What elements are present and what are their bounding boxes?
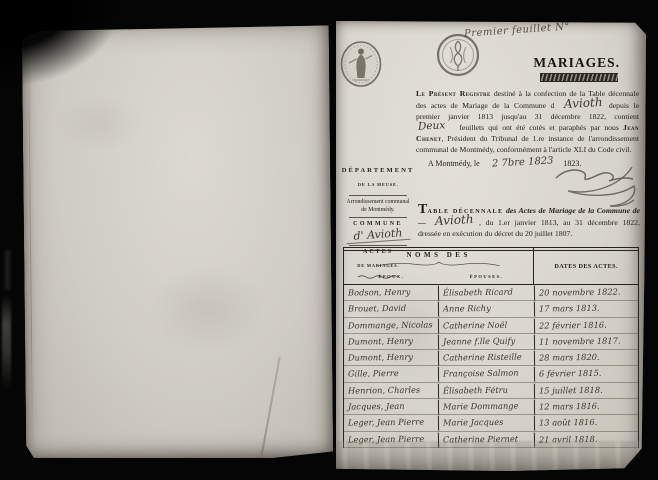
table-row: Henrion, Charles Élisabeth Fétru 15 juil… xyxy=(344,383,638,399)
subheader-row: ÉPOUX. ÉPOUSES. xyxy=(344,266,533,284)
preamble-text: feuillets qui ont été cotés et paraphés … xyxy=(459,123,623,132)
handwritten-commune-name: d' Avioth xyxy=(346,226,411,244)
column-header-epouses: ÉPOUSES. xyxy=(439,266,534,284)
arrondissement-label: Arrondissement communal xyxy=(340,199,416,207)
cell-date: 28 mars 1820. xyxy=(534,350,638,367)
column-header-label: ÉPOUSES. xyxy=(469,275,503,280)
book-edge-streak xyxy=(2,295,11,390)
rule-divider xyxy=(349,245,407,246)
official-stamp-monogram-icon xyxy=(435,32,481,80)
paper-stain xyxy=(147,264,268,355)
cell-epouse: Françoise Salmon xyxy=(438,366,534,382)
cell-epoux: Bodson, Henry xyxy=(344,284,439,300)
official-stamp-figure-icon xyxy=(339,40,383,88)
departement-label: DÉPARTEMENT xyxy=(340,167,416,174)
cell-epouse: Élisabeth Ricard xyxy=(438,284,534,300)
cell-date: 15 juillet 1818. xyxy=(534,382,638,399)
section-header: MARIAGES. xyxy=(533,55,620,71)
handwritten-commune-name: Avioth xyxy=(564,98,603,108)
cell-date: 17 mars 1813. xyxy=(534,301,638,318)
cell-epoux: Brouet, David xyxy=(344,301,439,317)
handwritten-sheet-count: Deux xyxy=(418,121,446,130)
left-page-blank xyxy=(22,25,334,460)
table-row: Bodson, Henry Élisabeth Ricard 20 novemb… xyxy=(344,285,638,301)
names-header-group: NOMS DES ÉPOUX. ÉPOUSES. xyxy=(344,248,533,284)
cell-epouse: Marie Jacques xyxy=(438,415,534,431)
table-body: Bodson, Henry Élisabeth Ricard 20 novemb… xyxy=(344,285,638,448)
cell-date: 13 août 1816. xyxy=(534,415,638,432)
ornament-band-icon xyxy=(540,73,618,82)
table-row: Dumont, Henry Jeanne f.lle Quify 11 nove… xyxy=(344,334,638,350)
cell-date: 12 mars 1816. xyxy=(534,398,638,415)
cell-epouse: Anne Richy xyxy=(438,301,534,317)
departement-sub-label: DE LA MEUSE. xyxy=(358,183,399,187)
paper-stain xyxy=(53,92,144,153)
table-row: Jacques, Jean Marie Dommange 12 mars 181… xyxy=(344,399,638,415)
paper-crease xyxy=(261,357,281,456)
cell-epoux: Jacques, Jean xyxy=(344,399,439,415)
table-row: Dommange, Nicolas Catherine Noël 22 févr… xyxy=(344,318,638,334)
signature-chenet xyxy=(548,162,640,210)
cell-epouse: Jeanne f.lle Quify xyxy=(438,333,534,349)
table-header: NOMS DES ÉPOUX. ÉPOUSES. DATES DES ACTES… xyxy=(344,248,638,285)
table-row: Brouet, David Anne Richy 17 mars 1813. xyxy=(344,301,638,317)
preamble-text: , Président du Tribunal de 1.re instance… xyxy=(416,134,639,154)
column-header-epoux: ÉPOUX. xyxy=(344,266,439,284)
register-page: Premier feuillet N° MARIAGES. Le Présent… xyxy=(336,21,646,471)
handwritten-commune-name: Avioth xyxy=(435,215,474,225)
table-row: Gille, Pierre Françoise Salmon 6 février… xyxy=(344,366,638,382)
column-header-dates: DATES DES ACTES. xyxy=(533,248,638,284)
column-group-header: NOMS DES xyxy=(344,248,533,261)
cell-epoux: Gille, Pierre xyxy=(344,366,439,382)
cell-epoux: Henrion, Charles xyxy=(344,382,439,398)
cell-epoux: Dumont, Henry xyxy=(344,333,439,349)
cell-epouse: Catherine Noël xyxy=(438,317,534,333)
cell-epouse: Marie Dommange xyxy=(438,398,534,414)
page-bottom-crumple xyxy=(336,441,646,471)
table-row: Dumont, Henry Catherine Risteille 28 mar… xyxy=(344,350,638,366)
marriage-acts-table: NOMS DES ÉPOUX. ÉPOUSES. DATES DES ACTES… xyxy=(343,247,639,448)
cell-date: 20 novembre 1822. xyxy=(534,284,638,301)
table-title: TABLE DÉCENNALE des Actes de Mariage de … xyxy=(418,205,640,240)
page-fold-line xyxy=(28,37,33,452)
cell-date: 11 novembre 1817. xyxy=(534,333,638,350)
cell-epoux: Dumont, Henry xyxy=(344,350,439,366)
register-preamble: Le Présent Registre destiné à la confect… xyxy=(416,89,639,156)
archival-scan: Premier feuillet N° MARIAGES. Le Présent… xyxy=(0,0,658,480)
cell-date: 6 février 1815. xyxy=(534,366,638,383)
cell-epouse: Catherine Risteille xyxy=(438,350,534,366)
arrondissement-label: de Montmédy. xyxy=(340,207,416,215)
title-initial: T xyxy=(418,202,427,217)
table-row: Leger, Jean Pierre Marie Jacques 13 août… xyxy=(344,415,638,431)
preamble-intro: Le Présent Registre xyxy=(416,89,491,98)
cell-epouse: Élisabeth Fétru xyxy=(438,382,534,398)
cell-epoux: Dommange, Nicolas xyxy=(344,317,439,333)
photo-vignette xyxy=(0,0,120,85)
rule-divider xyxy=(349,195,407,196)
book-edge-streak xyxy=(5,250,10,290)
cell-date: 22 février 1816. xyxy=(534,317,638,334)
column-header-label: ÉPOUX. xyxy=(378,275,404,280)
dateline-printed: A Montmédy, le xyxy=(428,159,480,168)
handwritten-date: 2 7bre 1823 xyxy=(491,157,553,168)
rule-divider xyxy=(349,217,407,218)
cell-epoux: Leger, Jean Pierre xyxy=(344,415,439,431)
